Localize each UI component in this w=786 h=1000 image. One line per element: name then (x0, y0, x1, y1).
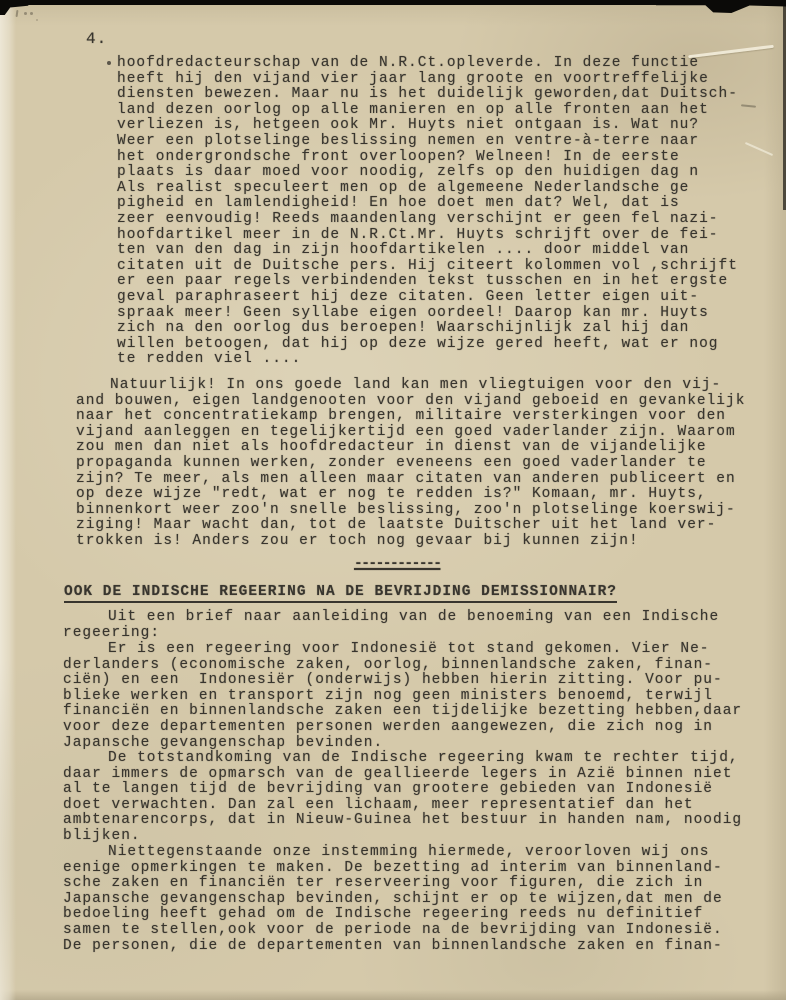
text-line: Weer een plotselinge beslissing nemen en… (117, 134, 738, 150)
intro-paragraph: Uit een brief naar aanleiding van de ben… (63, 610, 719, 641)
continued-paragraph: hoofdredacteurschap van de N.R.Ct.opleve… (117, 56, 738, 368)
text-line: diensten bewezen. Maar nu is het duideli… (117, 87, 738, 103)
text-line: ambtenarencorps, dat in Nieuw-Guinea het… (63, 813, 742, 829)
text-line: De personen, die de departementen van bi… (63, 939, 723, 955)
section-divider: ------------ (354, 556, 440, 572)
text-line: geval paraphraseert hij deze citaten. Ge… (117, 290, 738, 306)
text-line: financiën en binnenlandsche zaken een ti… (63, 704, 742, 720)
text-line: eenige opmerkingen te maken. De bezettin… (63, 861, 723, 877)
text-line: samen te stellen,ook voor de periode na … (63, 923, 723, 939)
text-line: citaten uit de Duitsche pers. Hij citeer… (117, 259, 738, 275)
text-line: ciën) en een Indonesiër (onderwijs) hebb… (63, 673, 742, 689)
paragraph: Er is een regeering voor Indonesië tot s… (63, 642, 742, 751)
text-line: hoofdartikel meer in de N.R.Ct.Mr. Huyts… (117, 228, 738, 244)
text-line: zich na den oorlog dus beroepen! Waarsch… (117, 321, 738, 337)
pencil-mark (30, 12, 33, 15)
text-line: er een paar regels verbindenden tekst tu… (117, 274, 738, 290)
text-line: ziging! Maar wacht dan, tot de laatste D… (76, 518, 745, 534)
text-line: bedoeling heeft gehad om de Indische reg… (63, 907, 723, 923)
section-heading: OOK DE INDISCHE REGEERING NA DE BEVRIJDI… (64, 584, 617, 603)
page-number: 4. (86, 30, 107, 48)
text-line: daar immers de opmarsch van de geallieer… (63, 767, 742, 783)
text-line: voor deze departementen personen werden … (63, 720, 742, 736)
text-line: willen betoogen, dat hij op deze wijze g… (117, 337, 738, 353)
text-line: pigheid en lamlendigheid! En hoe doet me… (117, 196, 738, 212)
text-line: De totstandkoming van de Indische regeer… (63, 751, 742, 767)
text-line: spraak meer! Geen syllabe eigen oordeel!… (117, 306, 738, 322)
text-line: te redden viel .... (117, 352, 738, 368)
scanned-document: 4. hoofdredacteurschap van de N.R.Ct.opl… (0, 0, 786, 1000)
pencil-mark (24, 12, 27, 15)
text-line: sche zaken en financiën ter reserveering… (63, 876, 723, 892)
text-line: Japansche gevangenschap bevinden. (63, 736, 742, 752)
text-line: ten van den dag in zijn hoofdartikelen .… (117, 243, 738, 259)
text-line: binnenkort weer zoo'n snelle beslissing,… (76, 503, 745, 519)
text-line: trokken is! Anders zou er toch nog gevaa… (76, 534, 745, 550)
text-line: blijken. (63, 829, 742, 845)
text-line: Natuurlijk! In ons goede land kan men vl… (76, 378, 745, 394)
text-line: plaats is daar moed voor noodig, zelfs o… (117, 165, 738, 181)
text-line: heeft hij den vijand vier jaar lang groo… (117, 72, 738, 88)
text-line: naar het concentratiekamp brengen, milit… (76, 409, 745, 425)
text-line: al te langen tijd de bevrijding van groo… (63, 782, 742, 798)
text-line: Er is een regeering voor Indonesië tot s… (63, 642, 742, 658)
paragraph: De totstandkoming van de Indische regeer… (63, 751, 742, 845)
text-line: op deze wijze "redt, wat er nog te redde… (76, 487, 745, 503)
text-line: het ondergrondsche front overloopen? Wel… (117, 150, 738, 166)
text-line: and bouwen, eigen landgenooten voor den … (76, 394, 745, 410)
text-line: regeering: (63, 626, 719, 642)
text-line: zou men dan niet als hoofdredacteur in d… (76, 440, 745, 456)
text-line: Uit een brief naar aanleiding van de ben… (63, 610, 719, 626)
text-line: verliezen is, hetgeen ook Mr. Huyts niet… (117, 118, 738, 134)
text-line: Niettegenstaande onze instemming hiermed… (63, 845, 723, 861)
text-line: zijn? Te meer, als men alleen maar citat… (76, 472, 745, 488)
text-line: zeer eenvoudig! Reeds maandenlang versch… (117, 212, 738, 228)
paragraph: Natuurlijk! In ons goede land kan men vl… (76, 378, 745, 550)
text-line: propaganda kunnen werken, zonder eveneen… (76, 456, 745, 472)
text-line: hoofdredacteurschap van de N.R.Ct.opleve… (117, 56, 738, 72)
text-line: derlanders (economische zaken, oorlog, b… (63, 658, 742, 674)
stray-ink-dot (107, 61, 111, 65)
paragraph: Niettegenstaande onze instemming hiermed… (63, 845, 723, 954)
text-line: Als realist speculeert men op de algemee… (117, 181, 738, 197)
pencil-mark (36, 19, 38, 21)
